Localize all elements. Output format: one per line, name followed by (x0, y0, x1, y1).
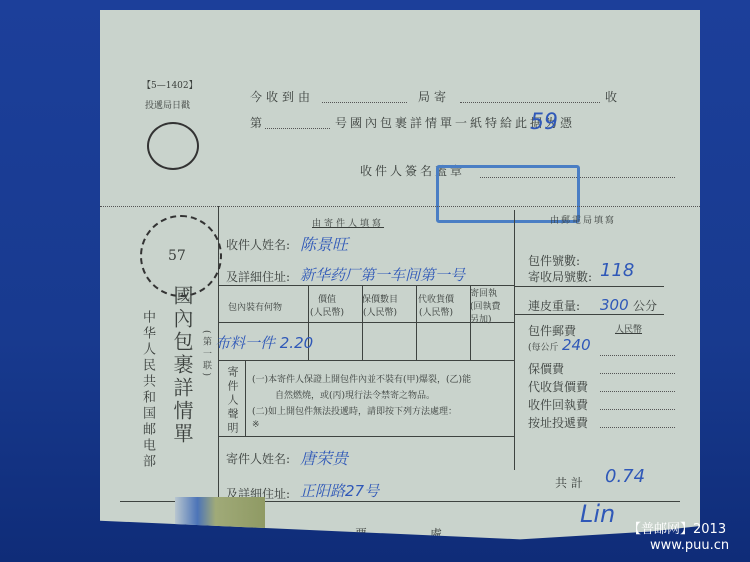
receipt-fee-label: 收件回執費 (528, 396, 588, 413)
parcel-form: 【5—1402】 投遞局日戳 今收到由 局寄 收 第 号國內包裹詳情單一紙特給此… (100, 10, 700, 542)
postmark-date: 57 (168, 248, 186, 264)
handwritten-initials: Lin (580, 500, 615, 528)
declaration-label: 寄件人聲明 (224, 366, 240, 436)
insurance-fee-label: 保價費 (528, 360, 564, 377)
postage-rate-value: 240 (562, 336, 591, 354)
receipt-line1-suffix: 收 (605, 88, 617, 105)
receipt-line1-prefix: 今收到由 (250, 88, 314, 105)
value-column-header: 價值 (人民幣) (310, 292, 344, 318)
total-value: 0.74 (605, 466, 645, 487)
declaration-line-2: (二)如上開包件無法投遞時，請即按下列方法處理： (252, 404, 457, 417)
date-stamp-label: 投遞局日戳 (145, 98, 190, 111)
issuer-label: 中华人民共和国邮电部 (138, 310, 157, 470)
copy-label: (第一联) (200, 330, 213, 379)
cod-column-header: 代收貨價 (人民幣) (418, 292, 454, 318)
stamp-area-label-1: 貼 (200, 525, 212, 542)
contents-column-header: 包內裝有何物 (228, 300, 282, 313)
recipient-address-label: 及詳細住址: (226, 268, 290, 285)
recipient-name-value: 陈景旺 (300, 232, 348, 255)
receipt-line1-office: 局寄 (418, 88, 450, 105)
sender-fill-header: 由寄件人填寫 (312, 216, 384, 229)
postage-stamp (175, 497, 265, 537)
address-delivery-fee-label: 按址投遞費 (528, 414, 588, 431)
insured-column-header: 保價數目 (人民幣) (362, 292, 398, 318)
weight-unit: 公分 (633, 297, 657, 314)
date-stamp-circle (147, 122, 199, 170)
sender-name-value: 唐荣贵 (300, 446, 348, 469)
form-title: 國內包裹詳情單 (168, 285, 197, 446)
parcel-number-value: 118 (600, 260, 634, 281)
sender-name-label: 寄件人姓名: (226, 450, 290, 467)
contents-value: 布料一件 2.20 (215, 332, 313, 353)
receipt-column-header: 寄回執 (回執費 另加) (470, 286, 501, 325)
parcel-number-label: 包件號數: (528, 252, 580, 269)
handwritten-mark: 59 (530, 110, 558, 135)
total-label: 共 計 (555, 474, 583, 491)
watermark-url: www.puu.cn (650, 538, 729, 553)
postage-per-kg-label: (每公斤 (528, 340, 559, 353)
weight-label: 連皮重量: (528, 297, 580, 314)
stamp-area-label-3: 處 (430, 525, 442, 542)
declaration-mark: ※ (252, 420, 260, 430)
form-code: 【5—1402】 (142, 78, 198, 91)
receiving-office-number-label: 寄收局號數: (528, 268, 592, 285)
receipt-line2-prefix: 第 (250, 114, 262, 131)
watermark-title: 【普邮网】2013 (628, 518, 726, 537)
weight-value: 300 (600, 296, 629, 314)
recipient-address-value: 新华药厂第一车间第一号 (300, 264, 465, 285)
recipient-name-label: 收件人姓名: (226, 236, 290, 253)
declaration-line-1a: (一)本寄件人保證上開包件內並不裝有(甲)爆裂，(乙)能 (252, 372, 471, 385)
sender-address-value: 正阳路27号 (300, 480, 379, 501)
cod-fee-label: 代收貨價費 (528, 378, 588, 395)
currency-label: 人民幣 (615, 322, 642, 335)
stamp-area-label-2: 票 (355, 525, 367, 542)
post-office-fill-header: 由郵電局填寫 (550, 213, 616, 226)
declaration-line-1b: 自然燃燒，或(丙)現行法令禁寄之物品。 (275, 388, 435, 401)
